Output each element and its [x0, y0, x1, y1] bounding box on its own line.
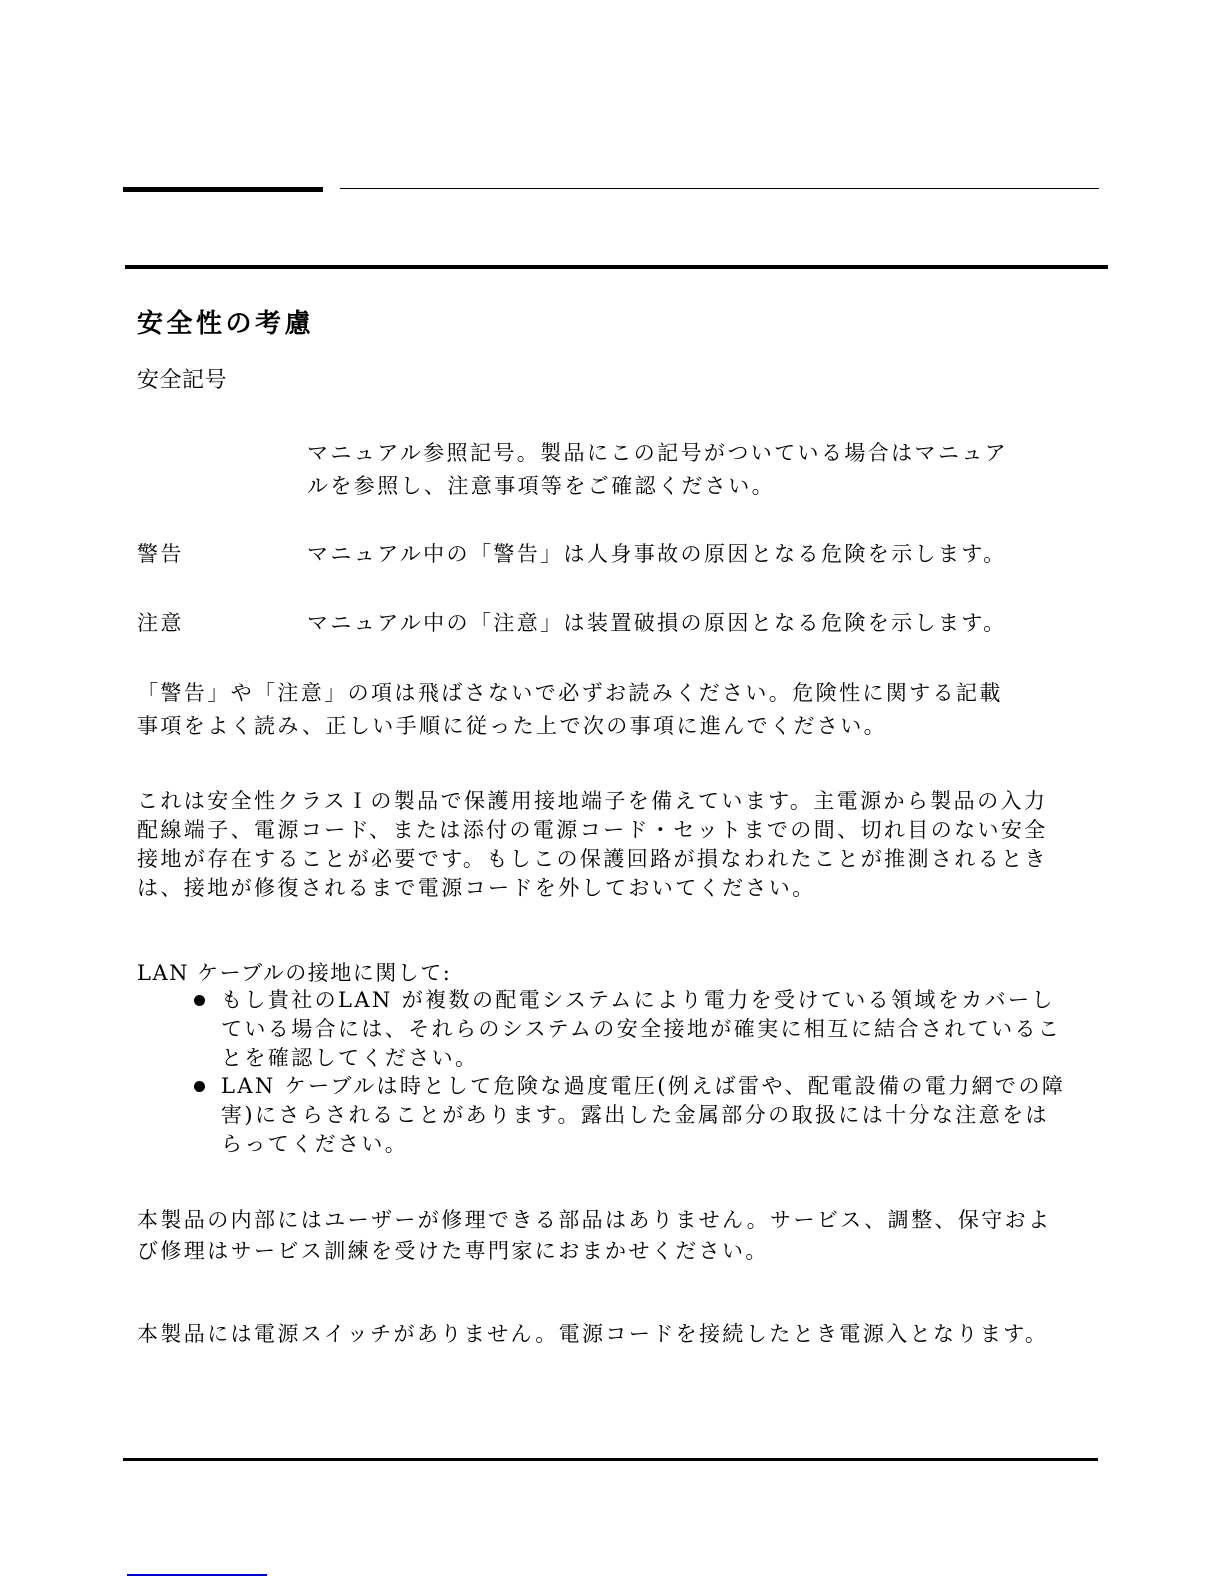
bullet-line: とを確認してください。: [221, 1048, 1061, 1069]
bullet-line: もし貴社のLAN が複数の配電システムにより電力を受けている領域をカバーし: [221, 990, 1061, 1011]
subsection-title: 安全記号: [137, 370, 227, 392]
caution-label: 注意: [137, 613, 184, 634]
paragraph-line: 接地が存在することが必要です。もしこの保護回路が損なわれたことが推測されるとき: [137, 849, 1048, 870]
paragraph-line: び修理はサービス訓練を受けた専門家におまかせください。: [137, 1241, 1052, 1262]
section-title: 安全性の考慮: [137, 311, 314, 337]
header-thin-rule: [340, 188, 1099, 189]
no-user-parts-paragraph: 本製品の内部にはユーザーが修理できる部品はありません。サービス、調整、保守およ …: [137, 1210, 1052, 1262]
lan-intro: LAN ケーブルの接地に関して:: [137, 963, 451, 984]
page-link[interactable]: [127, 1574, 267, 1576]
manual-reference-symbol-icon: [137, 443, 167, 473]
paragraph-line: これは安全性クラスＩの製品で保護用接地端子を備えています。主電源から製品の入力: [137, 791, 1048, 812]
symbol-definition-manual: マニュアル参照記号。製品にこの記号がついている場合はマニュア ルを参照し、注意事…: [307, 443, 1008, 497]
section-divider: [125, 265, 1108, 269]
paragraph-line: は、接地が修復されるまで電源コードを外しておいてください。: [137, 878, 1048, 899]
definition-text-line: マニュアル参照記号。製品にこの記号がついている場合はマニュア: [307, 443, 1008, 464]
bullet-icon: [194, 995, 205, 1006]
header-thick-bar: [123, 187, 323, 192]
bullet-icon: [194, 1081, 205, 1092]
safety-class-paragraph: これは安全性クラスＩの製品で保護用接地端子を備えています。主電源から製品の入力 …: [137, 791, 1048, 899]
bullet-line: ている場合には、それらのシステムの安全接地が確実に相互に結合されているこ: [221, 1019, 1061, 1040]
warning-definition: マニュアル中の「警告」は人身事故の原因となる危険を示します。: [307, 544, 1006, 565]
paragraph-line: 本製品の内部にはユーザーが修理できる部品はありません。サービス、調整、保守およ: [137, 1210, 1052, 1231]
paragraph-line: 配線端子、電源コード、または添付の電源コード・セットまでの間、切れ目のない安全: [137, 820, 1048, 841]
lan-bullet-1: もし貴社のLAN が複数の配電システムにより電力を受けている領域をカバーし てい…: [221, 990, 1061, 1069]
bullet-line: LAN ケーブルは時として危険な過度電圧(例えば雷や、配電設備の電力網での障: [221, 1076, 1065, 1097]
caution-definition: マニュアル中の「注意」は装置破損の原因となる危険を示します。: [307, 613, 1006, 634]
definition-text-line: ルを参照し、注意事項等をご確認ください。: [307, 476, 1008, 497]
paragraph-line: 「警告」や「注意」の項は飛ばさないで必ずお読みください。危険性に関する記載: [137, 683, 1003, 704]
read-warnings-paragraph: 「警告」や「注意」の項は飛ばさないで必ずお読みください。危険性に関する記載 事項…: [137, 683, 1003, 737]
bullet-line: 害)にさらされることがあります。露出した金属部分の取扱には十分な注意をは: [221, 1105, 1065, 1126]
bullet-line: らってください。: [221, 1134, 1065, 1155]
warning-label: 警告: [137, 544, 184, 565]
no-power-switch-paragraph: 本製品には電源スイッチがありません。電源コードを接続したとき電源入となります。: [137, 1324, 1048, 1345]
paragraph-line: 事項をよく読み、正しい手順に従った上で次の事項に進んでください。: [137, 716, 1003, 737]
footer-rule: [123, 1458, 1098, 1461]
lan-bullet-2: LAN ケーブルは時として危険な過度電圧(例えば雷や、配電設備の電力網での障 害…: [221, 1076, 1065, 1155]
